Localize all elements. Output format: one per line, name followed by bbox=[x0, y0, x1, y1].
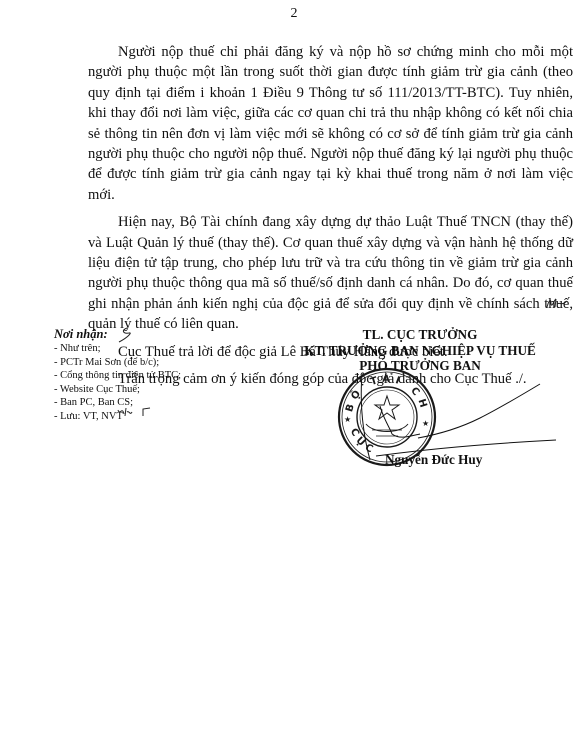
signer-name: Nguyễn Đức Huy bbox=[385, 452, 482, 468]
page-number: 2 bbox=[0, 6, 588, 22]
signature-line-2: KT. TRƯỞNG BAN NGHIỆP VỤ THUẾ bbox=[295, 343, 545, 359]
recipient-item: - Website Cục Thuế; bbox=[54, 383, 181, 397]
recipient-item: - Cổng thông tin điện tử BTC; bbox=[54, 369, 181, 383]
paragraph-dependents: Người nộp thuế chỉ phải đăng ký và nộp h… bbox=[88, 42, 573, 205]
paragraph-draft-law: Hiện nay, Bộ Tài chính đang xây dựng dự … bbox=[88, 212, 573, 334]
archive-initials bbox=[116, 404, 156, 418]
recipients-title-mark bbox=[115, 326, 137, 344]
recipient-item: - Như trên; bbox=[54, 342, 181, 356]
signature-line-1: TL. CỤC TRƯỞNG bbox=[295, 327, 545, 343]
initials-scribble bbox=[545, 296, 569, 310]
recipient-item: - PCTr Mai Sơn (để b/c); bbox=[54, 356, 181, 370]
